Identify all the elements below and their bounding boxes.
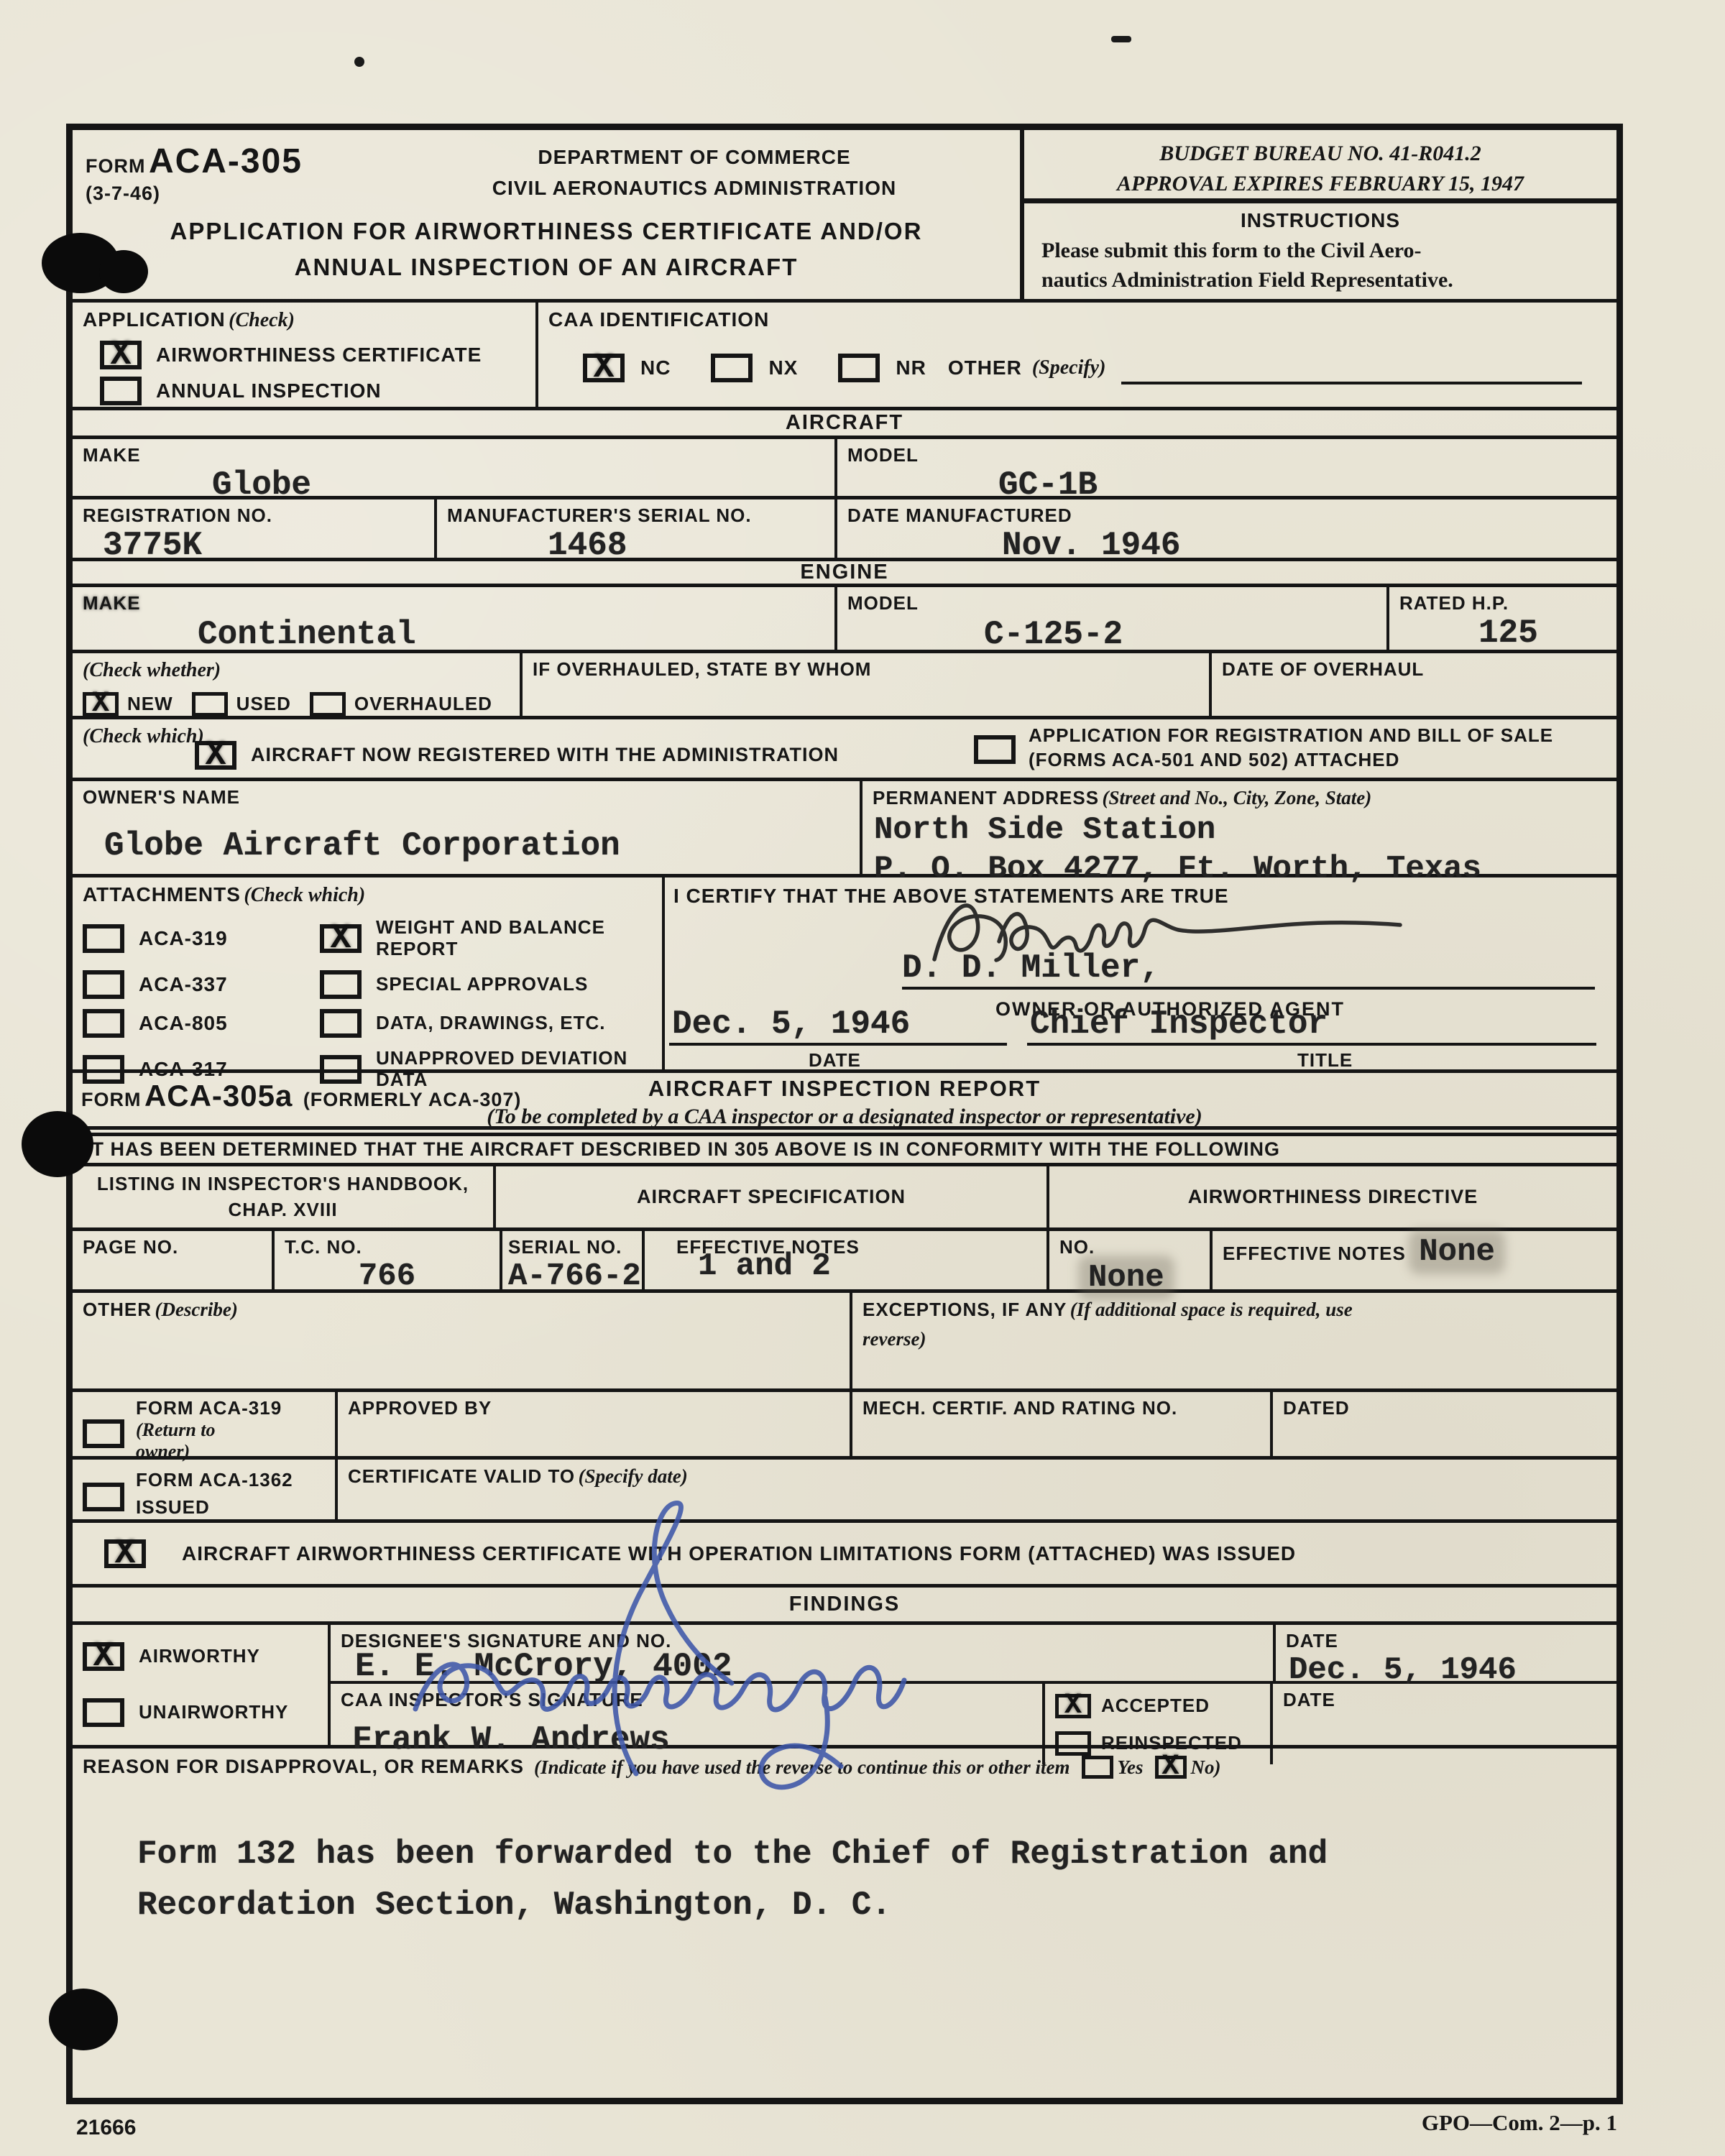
findings-section-band: FINDINGS <box>73 1588 1616 1625</box>
option-label: ANNUAL INSPECTION <box>156 379 382 402</box>
registration-no-label: REGISTRATION NO. <box>83 505 272 526</box>
certify-date-label: DATE <box>809 1050 861 1072</box>
remarks-label: REASON FOR DISAPPROVAL, OR REMARKS <box>83 1756 524 1778</box>
mech-certif-label: MECH. CERTIF. AND RATING NO. <box>862 1397 1177 1419</box>
budget-line2: APPROVAL EXPIRES FEBRUARY 15, 1947 <box>1024 169 1616 199</box>
option-label-used: USED <box>236 694 291 715</box>
form-title-line2: ANNUAL INSPECTION OF AN AIRCRAFT <box>73 254 1020 281</box>
certificate-issued-row: X AIRCRAFT AIRWORTHINESS CERTIFICATE WIT… <box>73 1523 1616 1588</box>
address-line1: North Side Station <box>874 812 1606 848</box>
scanned-form-page: { "check_glyph": "X", "colors": {"paper"… <box>0 0 1725 2156</box>
owner-row: OWNER'S NAME Globe Aircraft Corporation … <box>73 781 1616 877</box>
remarks-row: REASON FOR DISAPPROVAL, OR REMARKS (Indi… <box>73 1749 1616 2098</box>
directive-no-label: NO. <box>1059 1236 1095 1258</box>
mfr-serial-label: MANUFACTURER'S SERIAL NO. <box>447 505 752 526</box>
engine-make-row: MAKE Continental MODEL C-125-2 RATED H.P… <box>73 587 1616 653</box>
remarks-label-line: REASON FOR DISAPPROVAL, OR REMARKS (Indi… <box>83 1756 1606 1779</box>
dept-line2: CIVIL AERONAUTICS ADMINISTRATION <box>410 172 978 203</box>
instructions-block: INSTRUCTIONS Please submit this form to … <box>1024 209 1616 295</box>
inspection-report-header: FORM ACA-305a (FORMERLY ACA-307) AIRCRAF… <box>73 1073 1616 1136</box>
aircraft-make-value: Globe <box>212 466 824 504</box>
listing-header-line2: CHAP. XVIII <box>83 1199 483 1221</box>
owners-name-value: Globe Aircraft Corporation <box>104 827 850 865</box>
other-exceptions-row: OTHER (Describe) EXCEPTIONS, IF ANY (If … <box>73 1293 1616 1392</box>
no-label: No) <box>1191 1756 1221 1779</box>
findings-section-title: FINDINGS <box>789 1593 901 1616</box>
checkbox-nr <box>838 354 880 382</box>
inspection-column-headers: LISTING IN INSPECTOR'S HANDBOOK, CHAP. X… <box>73 1166 1616 1231</box>
remarks-body-line2: Recordation Section, Washington, D. C. <box>137 1880 1606 1931</box>
owners-name-label: OWNER'S NAME <box>83 786 240 808</box>
checkbox-nc: X <box>583 354 625 382</box>
attachments-certify-row: ATTACHMENTS (Check which) ACA-319 XWEIGH… <box>73 877 1616 1073</box>
instructions-title: INSTRUCTIONS <box>1024 209 1616 232</box>
listing-header-line1: LISTING IN INSPECTOR'S HANDBOOK, <box>83 1174 483 1195</box>
remarks-body: Form 132 has been forwarded to the Chief… <box>137 1829 1606 1932</box>
approved-by-label: APPROVED BY <box>348 1397 492 1419</box>
dept-line1: DEPARTMENT OF COMMERCE <box>410 142 978 172</box>
other-describe-label: OTHER <box>83 1299 152 1320</box>
date-manufactured-value: Nov. 1946 <box>1002 527 1606 564</box>
checkbox-new: X <box>83 692 119 717</box>
exceptions-paren1: (If additional space is required, use <box>1070 1299 1353 1320</box>
address-label-text: PERMANENT ADDRESS <box>873 787 1099 808</box>
checkbox-data-drawings <box>320 1009 362 1038</box>
effective-notes-value: 1 and 2 <box>698 1248 1036 1284</box>
form-number: ACA-305 <box>149 142 303 180</box>
aircraft-specification-header: AIRCRAFT SPECIFICATION <box>637 1186 906 1208</box>
date-manufactured-label: DATE MANUFACTURED <box>847 505 1072 526</box>
caa-options: X NC NX NR OTHER (Specify) <box>583 351 1589 384</box>
option-annual-inspection: ANNUAL INSPECTION <box>100 377 382 405</box>
form-aca319-label: FORM ACA-319 <box>136 1398 282 1419</box>
checkbox-airworthiness-certificate: X <box>100 341 142 369</box>
attached-line2: (FORMS ACA-501 AND 502) ATTACHED <box>1029 750 1553 771</box>
airworthy-label: AIRWORTHY <box>139 1646 260 1667</box>
directive-notes-value: None <box>1419 1234 1495 1270</box>
option-aca-805: ACA-805 <box>83 1009 320 1038</box>
option-label: ACA-805 <box>139 1012 228 1035</box>
option-label-nc: NC <box>640 356 671 379</box>
checkmark: X <box>93 1639 114 1674</box>
attachments-paren: (Check which) <box>244 884 365 906</box>
checkbox-aca-337 <box>83 970 124 999</box>
overhauled-by-label: IF OVERHAULED, STATE BY WHOM <box>533 658 871 680</box>
option-label-nr: NR <box>896 356 926 379</box>
checkbox-airworthy: X <box>83 1642 124 1671</box>
other-paren: (Specify) <box>1032 356 1106 379</box>
permanent-address-label: PERMANENT ADDRESS (Street and No., City,… <box>873 787 1606 809</box>
inspection-title: AIRCRAFT INSPECTION REPORT <box>73 1076 1616 1102</box>
attachments-label: ATTACHMENTS (Check which) <box>83 883 652 907</box>
option-label: AIRWORTHINESS CERTIFICATE <box>156 344 482 367</box>
option-label: ACA-319 <box>139 927 228 950</box>
option-accepted: X ACCEPTED <box>1055 1694 1210 1718</box>
checkbox-accepted: X <box>1055 1694 1091 1718</box>
certify-title-line <box>1027 1013 1596 1046</box>
checkbox-form-aca1362 <box>83 1483 124 1511</box>
form-label: FORM <box>86 155 145 177</box>
remarks-paren: (Indicate if you have used the reverse t… <box>534 1756 1069 1779</box>
certify-title-label: TITLE <box>1297 1050 1353 1072</box>
directive-notes-label: EFFECTIVE NOTES <box>1223 1243 1406 1264</box>
option-label-overhauled: OVERHAULED <box>354 694 492 715</box>
aircraft-registration-row: REGISTRATION NO. 3775K MANUFACTURER'S SE… <box>73 499 1616 561</box>
instructions-line1: Please submit this form to the Civil Aer… <box>1041 236 1602 266</box>
designee-signature-value: E. E. McCrory, 4002 <box>355 1648 1263 1685</box>
findings-date-label: DATE <box>1286 1630 1338 1651</box>
other-describe-paren: (Describe) <box>155 1299 237 1320</box>
form-aca319-paren1: (Return to <box>136 1419 282 1441</box>
dated-label: DATED <box>1283 1397 1350 1419</box>
option-label-new: NEW <box>127 694 173 715</box>
aircraft-model-label: MODEL <box>847 444 919 466</box>
option-aca-319: ACA-319 <box>83 917 320 960</box>
owner-signature-line <box>902 957 1595 990</box>
engine-make-label: MAKE <box>83 592 141 614</box>
checkbox-annual-inspection <box>100 377 142 405</box>
determination-text: IT HAS BEEN DETERMINED THAT THE AIRCRAFT… <box>73 1138 1280 1161</box>
option-registered: X AIRCRAFT NOW REGISTERED WITH THE ADMIN… <box>195 741 839 770</box>
checkbox-used <box>192 692 228 717</box>
certificate-issued-label: AIRCRAFT AIRWORTHINESS CERTIFICATE WITH … <box>182 1542 1296 1565</box>
accepted-label: ACCEPTED <box>1101 1695 1210 1717</box>
rated-hp-value: 125 <box>1478 614 1606 652</box>
findings-block: X AIRWORTHY UNAIRWORTHY DESIGNEE'S SIGNA… <box>73 1625 1616 1749</box>
checkbox-application-attached <box>974 735 1016 764</box>
option-application-attached: APPLICATION FOR REGISTRATION AND BILL OF… <box>974 725 1553 771</box>
checkmark: X <box>331 921 351 956</box>
serial-no-label: SERIAL NO. <box>508 1236 622 1258</box>
checkmark: X <box>92 690 109 719</box>
registration-no-value: 3775K <box>103 527 424 564</box>
registered-label: AIRCRAFT NOW REGISTERED WITH THE ADMINIS… <box>251 744 839 766</box>
checkbox-certificate-issued: X <box>104 1539 146 1568</box>
caa-identification-label: CAA IDENTIFICATION <box>548 308 1606 331</box>
other-specify-line <box>1121 351 1582 384</box>
aircraft-section-band: AIRCRAFT <box>73 410 1616 439</box>
engine-make-value: Continental <box>198 616 824 653</box>
other-label: OTHER <box>948 356 1022 379</box>
tc-no-value: 766 <box>285 1258 489 1294</box>
footer-print-code: 21666 <box>76 2116 136 2140</box>
form-aca1362-issued-label: ISSUED <box>136 1497 293 1519</box>
checkbox-nx <box>711 354 753 382</box>
form-aca319-row: FORM ACA-319 (Return to owner) APPROVED … <box>73 1392 1616 1460</box>
aircraft-make-row: MAKE Globe MODEL GC-1B <box>73 439 1616 499</box>
tc-no-label: T.C. NO. <box>285 1236 362 1258</box>
address-paren: (Street and No., City, Zone, State) <box>1103 787 1372 808</box>
option-label: ACA-337 <box>139 973 228 996</box>
attached-line1: APPLICATION FOR REGISTRATION AND BILL OF… <box>1029 725 1553 747</box>
directive-no-value: None <box>1088 1260 1164 1296</box>
engine-model-value: C-125-2 <box>984 616 1376 653</box>
option-label-nx: NX <box>768 356 798 379</box>
checkbox-unairworthy <box>83 1698 124 1727</box>
checkmark: X <box>115 1537 136 1571</box>
remarks-body-line1: Form 132 has been forwarded to the Chief… <box>137 1829 1606 1880</box>
exceptions-paren2: reverse) <box>862 1328 1606 1350</box>
certificate-valid-label: CERTIFICATE VALID TO <box>348 1465 575 1487</box>
checkbox-form-aca319 <box>83 1419 124 1448</box>
department-block: DEPARTMENT OF COMMERCE CIVIL AERONAUTICS… <box>410 142 978 204</box>
option-special-approvals: SPECIAL APPROVALS <box>320 970 652 999</box>
checkmark: X <box>1162 1753 1179 1782</box>
serial-no-value: A-766-2 <box>508 1258 639 1294</box>
aircraft-model-value: GC-1B <box>998 466 1606 504</box>
condition-options: X NEW USED OVERHAULED <box>83 692 510 717</box>
form-number-block: FORM ACA-305 (3-7-46) <box>86 142 303 205</box>
checkmark: X <box>1064 1692 1082 1720</box>
check-which-label: (Check which) <box>83 725 204 747</box>
certify-statement: I CERTIFY THAT THE ABOVE STATEMENTS ARE … <box>673 885 1229 908</box>
form-date: (3-7-46) <box>86 183 303 205</box>
checkbox-overhauled <box>310 692 346 717</box>
exceptions-label: EXCEPTIONS, IF ANY <box>862 1299 1067 1320</box>
date-of-overhaul-label: DATE OF OVERHAUL <box>1222 658 1424 680</box>
findings-date-value: Dec. 5, 1946 <box>1289 1652 1606 1688</box>
budget-line1: BUDGET BUREAU NO. 41-R041.2 <box>1024 139 1616 169</box>
attachments-label-text: ATTACHMENTS <box>83 883 241 906</box>
option-label: WEIGHT AND BALANCE REPORT <box>376 917 652 960</box>
aca-305-form: FORM ACA-305 (3-7-46) DEPARTMENT OF COMM… <box>66 124 1623 2104</box>
engine-condition-row: (Check whether) X NEW USED OVERHAULED IF… <box>73 653 1616 719</box>
form-header: FORM ACA-305 (3-7-46) DEPARTMENT OF COMM… <box>73 130 1616 303</box>
ink-speck <box>354 57 364 67</box>
certificate-valid-paren: (Specify date) <box>579 1465 688 1487</box>
engine-section-band: ENGINE <box>73 561 1616 587</box>
checkbox-registered: X <box>195 741 236 770</box>
form-aca1362-row: FORM ACA-1362 ISSUED CERTIFICATE VALID T… <box>73 1460 1616 1523</box>
option-label: SPECIAL APPROVALS <box>376 974 588 995</box>
inspection-subtitle: (To be completed by a CAA inspector or a… <box>73 1105 1616 1129</box>
footer-gpo: GPO—Com. 2—p. 1 <box>1422 2110 1617 2136</box>
checkbox-special-approvals <box>320 970 362 999</box>
engine-model-label: MODEL <box>847 592 919 614</box>
form-aca1362-label: FORM ACA-1362 <box>136 1470 293 1491</box>
application-row: APPLICATION (Check) X AIRWORTHINESS CERT… <box>73 303 1616 410</box>
application-label-text: APPLICATION <box>83 308 226 331</box>
option-weight-balance: XWEIGHT AND BALANCE REPORT <box>320 917 652 960</box>
certify-date-line <box>669 1013 1007 1046</box>
checkbox-yes <box>1082 1756 1113 1779</box>
airworthiness-directive-header: AIRWORTHINESS DIRECTIVE <box>1188 1186 1478 1208</box>
page-no-label: PAGE NO. <box>83 1236 178 1258</box>
checkbox-aca-805 <box>83 1009 124 1038</box>
engine-section-title: ENGINE <box>800 561 888 584</box>
ink-speck-2 <box>1111 36 1131 42</box>
determination-row: IT HAS BEEN DETERMINED THAT THE AIRCRAFT… <box>73 1136 1616 1166</box>
application-label: APPLICATION (Check) <box>83 308 525 332</box>
budget-bureau-block: BUDGET BUREAU NO. 41-R041.2 APPROVAL EXP… <box>1024 130 1616 203</box>
check-whether-label: (Check whether) <box>83 659 221 681</box>
caa-inspector-signature-label: CAA INSPECTOR'S SIGNATURE <box>341 1689 643 1710</box>
mfr-serial-value: 1468 <box>548 527 824 564</box>
checkmark: X <box>594 351 615 385</box>
checkbox-no: X <box>1155 1756 1187 1779</box>
unairworthy-label: UNAIRWORTHY <box>139 1702 288 1723</box>
findings-date2-label: DATE <box>1283 1689 1335 1710</box>
option-unairworthy: UNAIRWORTHY <box>83 1698 288 1727</box>
instructions-line2: nautics Administration Field Representat… <box>1041 266 1602 295</box>
aircraft-make-label: MAKE <box>83 444 141 466</box>
registration-status-row: (Check which) X AIRCRAFT NOW REGISTERED … <box>73 719 1616 781</box>
option-data-drawings: DATA, DRAWINGS, ETC. <box>320 1009 652 1038</box>
option-aca-337: ACA-337 <box>83 970 320 999</box>
form-title-line1: APPLICATION FOR AIRWORTHINESS CERTIFICAT… <box>73 218 1020 245</box>
inspection-values-row: PAGE NO. T.C. NO. 766 SERIAL NO. A-766-2… <box>73 1231 1616 1293</box>
checkbox-aca-319 <box>83 924 124 953</box>
attachments-grid: ACA-319 XWEIGHT AND BALANCE REPORT ACA-3… <box>83 917 652 1091</box>
option-airworthy: X AIRWORTHY <box>83 1642 260 1671</box>
form-title: APPLICATION FOR AIRWORTHINESS CERTIFICAT… <box>73 218 1020 281</box>
option-airworthiness-certificate: X AIRWORTHINESS CERTIFICATE <box>100 341 482 369</box>
yes-label: Yes <box>1118 1756 1144 1779</box>
rated-hp-label: RATED H.P. <box>1399 592 1509 614</box>
checkmark: X <box>206 738 226 773</box>
checkbox-weight-balance: X <box>320 924 362 953</box>
aircraft-section-title: AIRCRAFT <box>786 411 903 435</box>
checkmark: X <box>111 338 132 372</box>
option-label: DATA, DRAWINGS, ETC. <box>376 1013 605 1034</box>
application-paren: (Check) <box>229 309 295 331</box>
